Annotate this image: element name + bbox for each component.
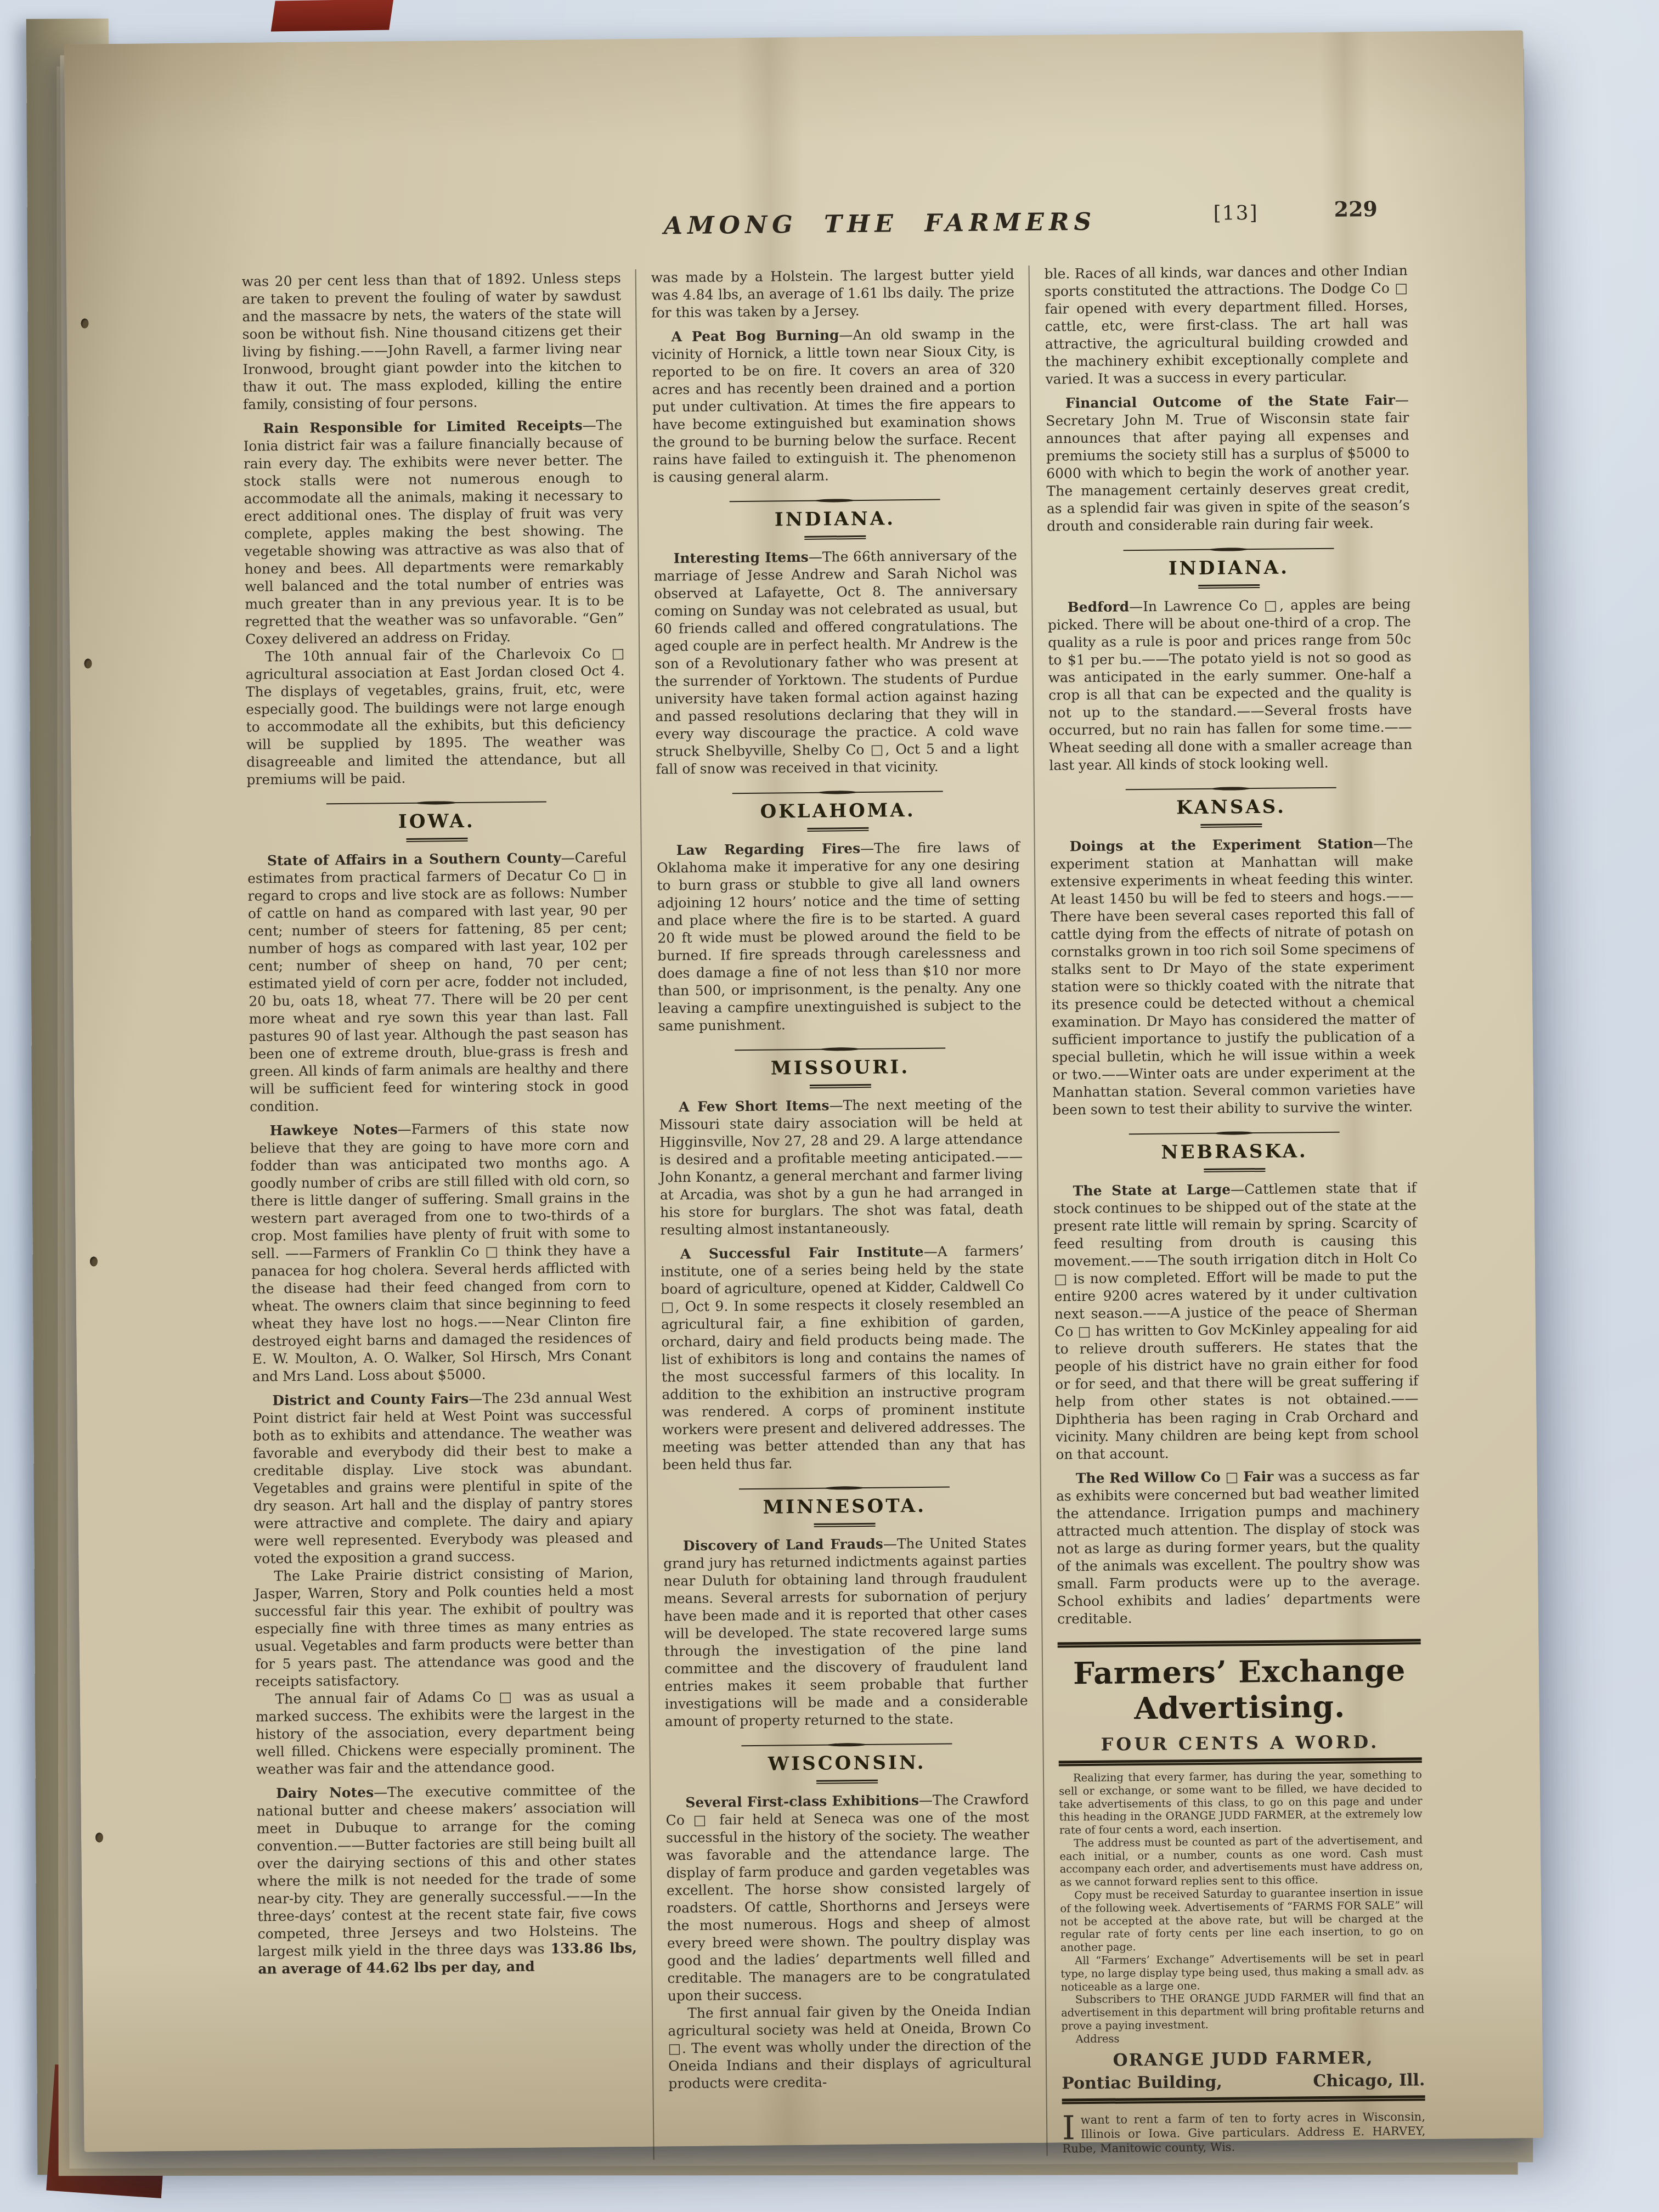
- article-lead-in: Bedford: [1067, 599, 1129, 615]
- exchange-box-title: Farmers’ Exchange Advertising.: [1058, 1652, 1421, 1726]
- classified-drop-cap: I: [1062, 2113, 1081, 2141]
- state-section-label: INDIANA.: [653, 506, 1017, 532]
- swelled-rule: [326, 799, 546, 806]
- exchange-box-body: Realizing that every farmer, has during …: [1059, 1768, 1425, 2033]
- book-spine-edge: [271, 0, 394, 31]
- page-number: 229: [1334, 196, 1378, 222]
- short-double-rule: [810, 1084, 871, 1088]
- article-paragraph: Interesting Items—The 66th anniversary o…: [654, 546, 1019, 778]
- article-paragraph: The Lake Prairie district consisting of …: [254, 1564, 634, 1691]
- state-section-heading: KANSAS.: [1049, 784, 1413, 829]
- publisher-building: Pontiac Building,: [1062, 2072, 1222, 2093]
- short-double-rule: [807, 827, 868, 832]
- classified-ad: I want to rent a farm of ten to forty ac…: [1062, 2109, 1426, 2155]
- exchange-box-paragraph: Subscribers to THE ORANGE JUDD FARMER wi…: [1061, 1990, 1425, 2033]
- farmers-exchange-ad-box: Farmers’ Exchange Advertising. FOUR CENT…: [1058, 1639, 1426, 2155]
- article-lead-in: Doings at the Experiment Station: [1070, 836, 1374, 854]
- article-lead-in: Discovery of Land Frauds: [683, 1536, 883, 1554]
- state-section-label: KANSAS.: [1049, 794, 1413, 820]
- state-section-heading: MISSOURI.: [658, 1045, 1022, 1090]
- article-paragraph: was 20 per cent less than that of 1892. …: [242, 269, 622, 414]
- newspaper-page: AMONG THE FARMERS [13] 229 was 20 per ce…: [64, 30, 1544, 2152]
- article-paragraph: State of Affairs in a Southern County—Ca…: [247, 849, 629, 1116]
- newspaper-column: was 20 per cent less than that of 1892. …: [242, 269, 653, 2163]
- publisher-address-row: Pontiac Building, Chicago, Ill.: [1062, 2070, 1425, 2093]
- article-lead-in: A Few Short Items: [679, 1098, 830, 1115]
- publisher-city: Chicago, Ill.: [1313, 2070, 1425, 2091]
- exchange-box-paragraph: All “Farmers’ Exchange” Advertisements w…: [1060, 1951, 1424, 1994]
- bold-tail: 133.86 lbs, an average of 44.62 lbs per …: [258, 1940, 637, 1977]
- article-paragraph: The first annual fair given by the Oneid…: [668, 2001, 1032, 2092]
- article-paragraph: Financial Outcome of the State Fair—Secr…: [1046, 391, 1410, 535]
- state-section-label: OKLAHOMA.: [656, 798, 1019, 823]
- article-paragraph: The 10th annual fair of the Charlevoix C…: [245, 645, 625, 789]
- short-double-rule: [1204, 1168, 1265, 1172]
- newspaper-column: ble. Races of all kinds, war dances and …: [1029, 262, 1440, 2155]
- masthead: AMONG THE FARMERS [13] 229: [241, 194, 1484, 259]
- short-double-rule: [1200, 823, 1262, 828]
- exchange-box-paragraph: Realizing that every farmer, has during …: [1059, 1768, 1423, 1837]
- swelled-rule: [735, 1046, 945, 1053]
- article-paragraph: Dairy Notes—The executive committee of t…: [256, 1781, 637, 1978]
- article-lead-in: Hawkeye Notes: [270, 1121, 398, 1138]
- article-paragraph: Doings at the Experiment Station—The exp…: [1050, 834, 1416, 1119]
- exchange-box-paragraph: The address must be counted as part of t…: [1059, 1833, 1423, 1889]
- exchange-box-paragraph: Copy must be received Saturday to guaran…: [1060, 1886, 1424, 1954]
- article-paragraph: The State at Large—Cattlemen state that …: [1053, 1179, 1419, 1463]
- article-paragraph: Hawkeye Notes—Farmers of this state now …: [250, 1119, 631, 1386]
- article-paragraph: A Few Short Items—The next meeting of th…: [659, 1095, 1023, 1239]
- state-section-heading: OKLAHOMA.: [656, 788, 1020, 833]
- short-double-rule: [804, 535, 866, 540]
- publisher-signature: ORANGE JUDD FARMER,: [1062, 2047, 1425, 2070]
- double-rule: [1058, 1639, 1421, 1647]
- article-lead-in: District and County Fairs: [272, 1391, 469, 1408]
- article-paragraph: The Red Willow Co □ Fair was a success a…: [1056, 1466, 1421, 1628]
- state-section-heading: INDIANA.: [653, 496, 1017, 541]
- issue-bracket-number: [13]: [1213, 202, 1258, 225]
- article-lead-in: The State at Large: [1073, 1182, 1231, 1199]
- article-paragraph: Law Regarding Fires—The fire laws of Okl…: [657, 838, 1022, 1035]
- state-section-heading: MINNESOTA.: [663, 1483, 1026, 1528]
- state-section-label: MISSOURI.: [658, 1055, 1022, 1080]
- state-section-heading: WISCONSIN.: [665, 1740, 1029, 1785]
- article-lead-in: Financial Outcome of the State Fair: [1065, 392, 1395, 411]
- swelled-rule: [1129, 1130, 1340, 1137]
- article-lead-in: Law Regarding Fires: [676, 840, 861, 858]
- short-double-rule: [1198, 584, 1260, 589]
- article-paragraph: Discovery of Land Frauds—The United Stat…: [663, 1534, 1028, 1730]
- page-content: AMONG THE FARMERS [13] 229 was 20 per ce…: [64, 30, 1544, 2152]
- short-double-rule: [814, 1523, 876, 1527]
- double-rule: [1062, 2095, 1425, 2104]
- article-lead-in: Rain Responsible for Limited Receipts: [263, 417, 583, 437]
- column-container: was 20 per cent less than that of 1892. …: [242, 261, 1503, 2163]
- article-paragraph: was made by a Holstein. The largest butt…: [651, 266, 1015, 321]
- swelled-rule: [741, 1741, 952, 1748]
- state-section-label: IOWA.: [247, 809, 626, 834]
- article-lead-in: Dairy Notes: [276, 1785, 374, 1802]
- state-section-label: NEBRASKA.: [1053, 1139, 1416, 1164]
- short-double-rule: [816, 1780, 878, 1784]
- page-title: AMONG THE FARMERS: [664, 208, 1097, 240]
- exchange-box-subtitle: FOUR CENTS A WORD.: [1058, 1731, 1421, 1755]
- article-paragraph: A Peat Bog Burning—An old swamp in the v…: [652, 325, 1017, 486]
- article-paragraph: ble. Races of all kinds, war dances and …: [1045, 262, 1409, 388]
- article-paragraph: District and County Fairs—The 23d annual…: [252, 1389, 633, 1568]
- article-paragraph: The annual fair of Adams Co □ was as usu…: [255, 1687, 635, 1779]
- article-lead-in: Several First-class Exhibitions: [685, 1792, 919, 1810]
- article-lead-in: State of Affairs in a Southern County: [267, 850, 561, 868]
- article-lead-in: Interesting Items: [674, 549, 809, 566]
- state-section-heading: INDIANA.: [1047, 545, 1411, 590]
- article-paragraph: A Successful Fair Institute—A farmers’ i…: [661, 1242, 1026, 1474]
- article-paragraph: Bedford—In Lawrence Co □, apples are bei…: [1047, 595, 1412, 774]
- state-section-heading: IOWA.: [247, 798, 627, 844]
- newspaper-column: was made by a Holstein. The largest butt…: [635, 266, 1047, 2159]
- swelled-rule: [739, 1484, 950, 1491]
- article-lead-in: A Peat Bog Burning: [672, 327, 839, 345]
- article-paragraph: Rain Responsible for Limited Receipts—Th…: [243, 416, 624, 648]
- swelled-rule: [732, 789, 943, 796]
- state-section-heading: NEBRASKA.: [1053, 1128, 1417, 1173]
- swelled-rule: [730, 497, 940, 504]
- article-lead-in: A Successful Fair Institute: [680, 1244, 924, 1262]
- state-section-label: MINNESOTA.: [663, 1494, 1026, 1519]
- short-double-rule: [406, 838, 467, 842]
- article-paragraph: Several First-class Exhibitions—The Craw…: [665, 1791, 1031, 2005]
- swelled-rule: [1126, 785, 1336, 792]
- article-lead-in: The Red Willow Co □ Fair: [1076, 1469, 1274, 1486]
- classified-text: want to rent a farm of ten to forty acre…: [1062, 2110, 1425, 2155]
- swelled-rule: [1124, 546, 1334, 553]
- photo-background: AMONG THE FARMERS [13] 229 was 20 per ce…: [0, 0, 1659, 2212]
- double-rule: [1059, 1757, 1422, 1766]
- state-section-label: INDIANA.: [1047, 555, 1410, 580]
- state-section-label: WISCONSIN.: [665, 1751, 1029, 1776]
